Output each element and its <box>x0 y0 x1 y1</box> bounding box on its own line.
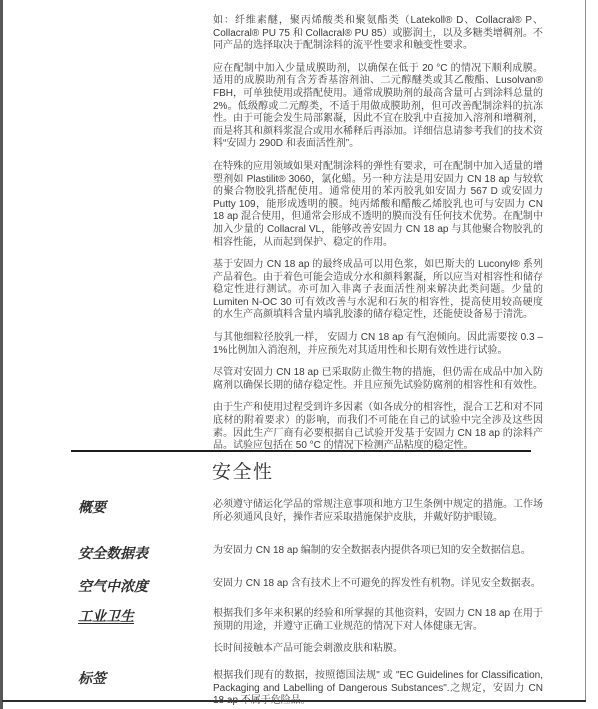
formulation-section: 如：纤维素醚，聚丙烯酸类和聚氨酯类（Latekoll® D、Collacral®… <box>213 15 543 453</box>
body-paragraph: 在特殊的应用领域如果对配制涂料的弹性有要求，可在配制中加入适量的增塑剂如 Pla… <box>213 161 543 249</box>
body-paragraph: 尽管对安固力 CN 18 ap 已采取防止微生物的措施，但仍需在成品中加入防腐剂… <box>213 367 543 392</box>
safety-row-safety-data-sheet: 安全数据表 为安固力 CN 18 ap 编制的安全数据表内提供各项已知的安全数据… <box>0 545 586 563</box>
row-body-column: 根据我们现有的数据，按照德国法规" 或 "EC Guidelines for C… <box>213 670 543 708</box>
row-label-column: 概要 <box>0 499 213 517</box>
safety-row-summary: 概要 必须遵守储运化学品的常规注意事项和地方卫生条例中规定的措施。工作场所必须通… <box>0 499 586 524</box>
section-divider-rule <box>71 450 531 452</box>
row-label: 标签 <box>78 670 106 686</box>
body-paragraph: 为安固力 CN 18 ap 编制的安全数据表内提供各项已知的安全数据信息。 <box>213 545 543 558</box>
row-body-column: 根据我们多年来积累的经验和所掌握的其他资料，安固力 CN 18 ap 在用于预期… <box>213 608 543 656</box>
body-paragraph: 由于生产和使用过程受到许多因素（如各成分的相容性，混合工艺和对不同底材的附着要求… <box>213 402 543 452</box>
safety-row-label: 标签 根据我们现有的数据，按照德国法规" 或 "EC Guidelines fo… <box>0 670 586 708</box>
body-paragraph: 与其他细粒径胶乳一样， 安固力 CN 18 ap 有气泡倾向。因此需要按 0.3… <box>213 332 543 357</box>
row-label: 空气中浓度 <box>78 578 148 594</box>
row-label: 安全数据表 <box>78 545 148 561</box>
row-label-column: 工业卫生 <box>0 608 213 626</box>
body-paragraph: 基于安固力 CN 18 ap 的最终成品可以用色浆，如巴斯夫的 Luconyl®… <box>213 259 543 322</box>
row-label: 工业卫生 <box>78 608 134 624</box>
section-title: 安全性 <box>212 457 274 484</box>
row-body-column: 必须遵守储运化学品的常规注意事项和地方卫生条例中规定的措施。工作场所必须通风良好… <box>213 499 543 524</box>
body-paragraph: 长时间接触本产品可能会刺激皮肤和粘膜。 <box>213 643 543 656</box>
row-label-column: 安全数据表 <box>0 545 213 563</box>
document-page: 如：纤维素醚，聚丙烯酸类和聚氨酯类（Latekoll® D、Collacral®… <box>0 0 598 709</box>
row-label-column: 空气中浓度 <box>0 578 213 596</box>
row-label-column: 标签 <box>0 670 213 688</box>
row-body-column: 为安固力 CN 18 ap 编制的安全数据表内提供各项已知的安全数据信息。 <box>213 545 543 558</box>
body-paragraph: 根据我们现有的数据，按照德国法规" 或 "EC Guidelines for C… <box>213 670 543 708</box>
body-paragraph: 如：纤维素醚，聚丙烯酸类和聚氨酯类（Latekoll® D、Collacral®… <box>213 15 543 53</box>
body-paragraph: 安固力 CN 18 ap 含有技术上不可避免的挥发性有机物。详见安全数据表。 <box>213 578 543 591</box>
body-paragraph: 必须遵守储运化学品的常规注意事项和地方卫生条例中规定的措施。工作场所必须通风良好… <box>213 499 543 524</box>
row-label: 概要 <box>78 499 106 515</box>
safety-row-industrial-hygiene: 工业卫生 根据我们多年来积累的经验和所掌握的其他资料，安固力 CN 18 ap … <box>0 608 586 656</box>
safety-row-air-concentration: 空气中浓度 安固力 CN 18 ap 含有技术上不可避免的挥发性有机物。详见安全… <box>0 578 586 596</box>
safety-section: 概要 必须遵守储运化学品的常规注意事项和地方卫生条例中规定的措施。工作场所必须通… <box>0 499 586 708</box>
row-body-column: 安固力 CN 18 ap 含有技术上不可避免的挥发性有机物。详见安全数据表。 <box>213 578 543 591</box>
body-paragraph: 应在配制中加入少量成膜助剂，以确保在低于 20 °C 的情况下顺利成膜。适用的成… <box>213 63 543 151</box>
body-paragraph: 根据我们多年来积累的经验和所掌握的其他资料，安固力 CN 18 ap 在用于预期… <box>213 608 543 633</box>
